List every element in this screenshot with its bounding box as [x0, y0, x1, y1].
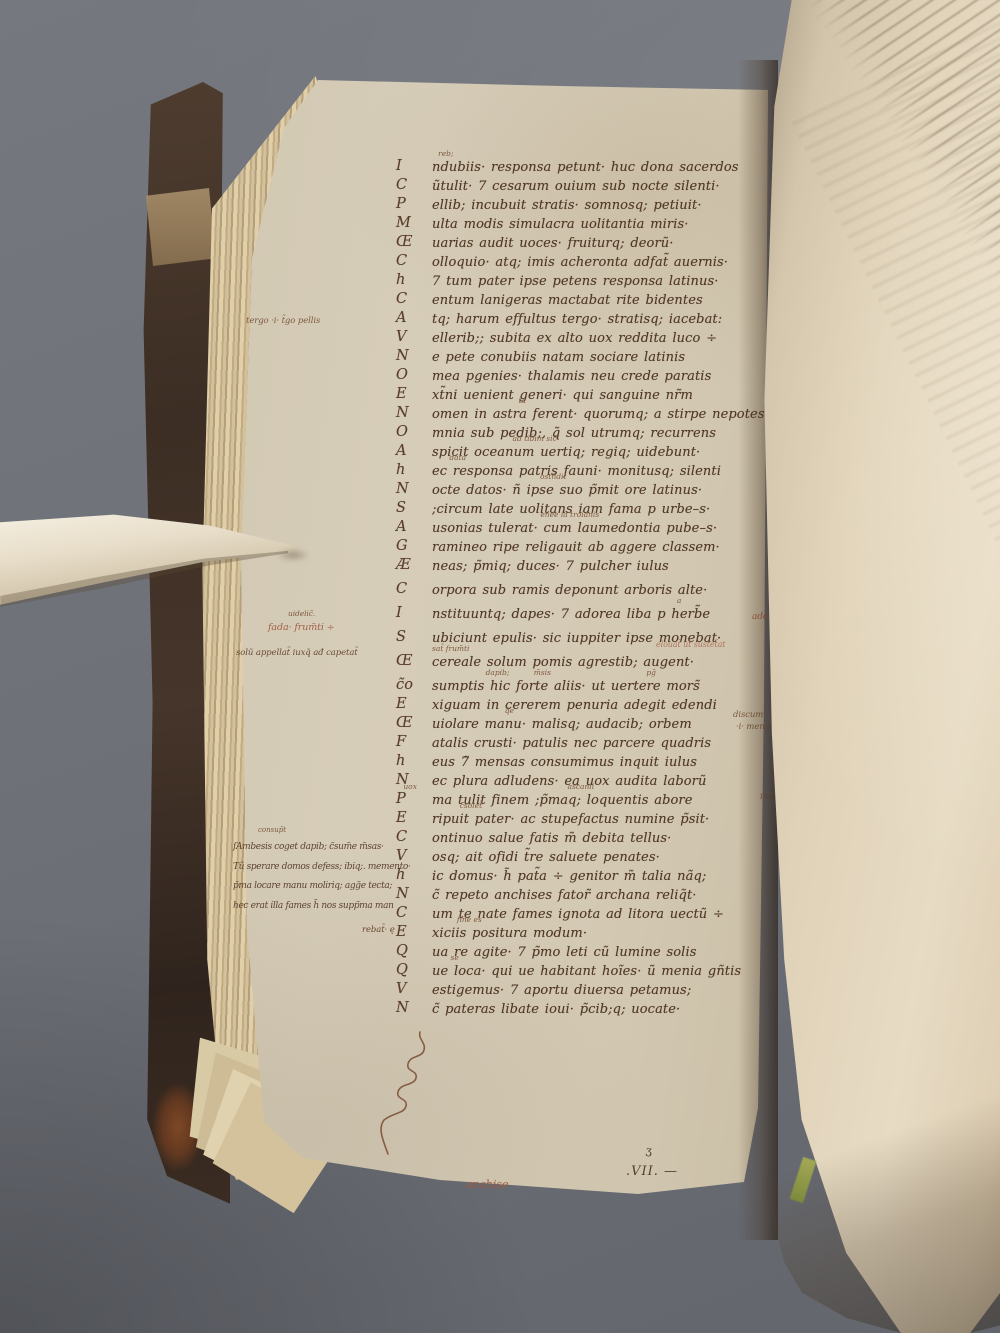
verse-initial: C: [396, 252, 432, 271]
verse-text: xiguam in cererem penuria adegit edendi: [432, 696, 717, 715]
interlinear-gloss: ascanii: [567, 783, 594, 791]
verse-initial: C: [396, 176, 432, 195]
verse-initial: A: [396, 442, 432, 461]
interlinear-gloss: m̃sis: [534, 669, 551, 677]
green-marker-ribbon: [790, 1157, 817, 1203]
verse-text: spicit oceanum uertiq; regiq; uidebunt·a…: [432, 443, 700, 462]
verse-text: ontinuo salue fatis m̃ debita tellus·: [432, 829, 671, 848]
verse-initial: N: [396, 347, 432, 366]
verse-initial: h: [396, 461, 432, 480]
verse-initial: h: [396, 752, 432, 771]
verse-text: ellib; incubuit stratis· somnosq; petiui…: [432, 196, 702, 215]
verse-line: Nc̃ repeto anchises fator̃ archana reliq…: [396, 886, 752, 905]
verse-text: uiolare manu· malisq; audacib; orbemq̃e: [432, 715, 692, 734]
verse-text: ua re agite· 7 p̃mo leti cũ lumine solis: [432, 943, 696, 962]
verse-line: Exiciis positura modum·finẽ es: [396, 924, 752, 943]
verse-line: Eripuit pater· ac stupefactus numine p̃s…: [396, 810, 752, 829]
interlinear-gloss: q̃e: [505, 707, 514, 715]
verse-initial: M: [396, 214, 432, 233]
verse-text: entum lanigeras mactabat rite bidentes: [432, 291, 703, 310]
verse-line: Œcereale solum pomis agrestib; augent·sa…: [396, 653, 752, 672]
verse-text: neas; p̃miq; duces· 7 pulcher iulus: [432, 557, 669, 576]
verse-line: Que loca· qui ue habitant hoĩes· ũ menia…: [396, 962, 752, 981]
verse-line: hic domus· h̃ pat̃a ÷ genitor m̃ talia n…: [396, 867, 752, 886]
insert-verse-line: hec erat illa fames h̃ nos supp̃ma man: [233, 897, 399, 917]
bone-tip-shadow: [276, 548, 310, 562]
verse-initial: O: [396, 423, 432, 442]
verse-initial: N: [396, 480, 432, 499]
verse-initial: Œ: [396, 233, 432, 252]
interlinear-gloss: a: [677, 597, 681, 605]
verse-text: ue loca· qui ue habitant hoĩes· ũ menia …: [432, 962, 741, 981]
insert-verse-block: ſAmbesis coget dapib; c̃sum̃e m̃sas·Tũ s…: [233, 838, 399, 916]
margin-gloss-rebat: rebat̃· ę: [362, 925, 395, 935]
insert-heading: consup̃t: [258, 826, 286, 834]
verse-line: Œuarias audit uoces· fruiturq; deorũ·: [396, 234, 752, 253]
verse-line: Continuo salue fatis m̃ debita tellus·: [396, 829, 752, 848]
verse-line: Ne pete conubiis natam sociare latinis: [396, 348, 752, 367]
verse-line: Gramineo ripe religauit ab aggere classe…: [396, 538, 752, 557]
verse-initial: P: [396, 195, 432, 214]
verse-line: Centum lanigeras mactabat rite bidentes: [396, 291, 752, 310]
verse-line: Œuiolare manu· malisq; audacib; orbemq̃e: [396, 715, 752, 734]
verse-text: orpora sub ramis deponunt arboris alte·: [432, 581, 707, 600]
verse-line: Nc̃ pateras libate ioui· p̃cib;q; uocate…: [396, 1000, 752, 1019]
verse-line: Nomen in astra ferent· quorumq; a stirpe…: [396, 405, 752, 424]
verse-initial: F: [396, 733, 432, 752]
verse-initial: I: [396, 157, 432, 176]
verse-initial: I: [396, 604, 432, 623]
verse-line: Vellerib;; subita ex alto uox reddita lu…: [396, 329, 752, 348]
margin-gloss-solum: solũ appellat̃ iuxq̃ ađ capetat̃: [236, 648, 358, 658]
verse-text: olloquio· atq; imis acheronta adfat̃ aue…: [432, 253, 728, 272]
verse-line: hec responsa patris fauni· monitusq; sil…: [396, 462, 752, 481]
verse-initial: C: [396, 828, 432, 847]
interlinear-gloss: sat̃ frum̃ti: [432, 645, 469, 653]
verse-initial: A: [396, 309, 432, 328]
interlinear-gloss: ta: [518, 397, 526, 405]
verse-initial: N: [396, 885, 432, 904]
verse-text: nstituuntq; dapes· 7 adorea liba p herb̃…: [432, 605, 710, 624]
interlinear-gloss: se: [451, 954, 459, 962]
insert-verse-line: Tũ sperare domos defess; ibiq;. memento·: [233, 858, 399, 878]
verse-line: c̃osumptis hic forte aliis· ut uertere m…: [396, 677, 752, 696]
pen-flourish-icon: [360, 1028, 440, 1158]
verse-initial: O: [396, 366, 432, 385]
verse-text: sumptis hic forte aliis· ut uertere mors…: [432, 677, 700, 696]
verse-text: ellerib;; subita ex alto uox reddita luc…: [432, 329, 717, 348]
verse-line: Æneas; p̃miq; duces· 7 pulcher iulus: [396, 557, 752, 576]
verse-initial: S: [396, 628, 432, 647]
verse-initial: E: [396, 809, 432, 828]
manuscript-photo: Indubiis· responsa petunt· huc dona sace…: [0, 0, 1000, 1333]
verse-line: Pma tulit finem ;p̃maq; loquentis aboreu…: [396, 791, 752, 810]
right-page-showthrough-text: [790, 0, 1000, 929]
verse-text: tq; harum effultus tergo· stratisq; iace…: [432, 310, 722, 329]
verse-line: Fatalis crusti· patulis nec parcere quad…: [396, 734, 752, 753]
quire-signature: .VII. —: [626, 1164, 678, 1179]
verse-initial: V: [396, 328, 432, 347]
verse-line: Vosq; ait ofidi t̃re saluete penates·: [396, 848, 752, 867]
verse-text: ramineo ripe religauit ab aggere classem…: [432, 538, 720, 557]
catchword: anchise: [466, 1178, 509, 1191]
verse-text: c̃ pateras libate ioui· p̃cib;q; uocate·: [432, 1000, 680, 1019]
leather-worn-patch: [146, 188, 216, 266]
verse-text: omen in astra ferent· quorumq; a stirpe …: [432, 405, 765, 424]
verse-line: Exiguam in cererem penuria adegit edendi: [396, 696, 752, 715]
verse-line: Vestigemus· 7 aportu diuersa petamus;: [396, 981, 752, 1000]
interlinear-gloss: enee iã troianis: [540, 511, 599, 519]
interlinear-gloss: pg̃: [646, 669, 656, 677]
verse-text: mnia sub pedib;, q̃ sol utrumq; recurren…: [432, 424, 716, 443]
verse-initial: A: [396, 518, 432, 537]
verse-text: ulta modis simulacra uolitantia miris·: [432, 215, 688, 234]
verse-line: Indubiis· responsa petunt· huc dona sace…: [396, 158, 752, 177]
verse-initial: E: [396, 385, 432, 404]
verse-line: Qua re agite· 7 p̃mo leti cũ lumine soli…: [396, 943, 752, 962]
margin-gloss-videlicet: uidelic̃.: [288, 609, 315, 619]
verse-initial: Œ: [396, 714, 432, 733]
right-page-text-clip: [752, 0, 1000, 1333]
margin-gloss-fada: fada· frum̃ti ÷: [268, 623, 335, 633]
verse-line: Nocte datos· ñ ipse suo p̃mit ore latinu…: [396, 481, 752, 500]
margin-gloss-tergo: tergo ·i· t̃go pellis: [246, 316, 320, 326]
verse-text: estigemus· 7 aportu diuersa petamus;: [432, 981, 691, 1000]
verse-initial: c̃o: [396, 676, 432, 695]
interlinear-gloss: finẽ es: [457, 916, 482, 924]
verse-text: mea pgenies· thalamis neu crede paratis: [432, 367, 711, 386]
verse-text: 7 tum pater ipse petens responsa latinus…: [432, 272, 718, 291]
verse-initial: V: [396, 980, 432, 999]
verse-initial: E: [396, 695, 432, 714]
verse-line: Ext̃ni uenient generi· qui sanguine nr̃m: [396, 386, 752, 405]
verse-text: c̃ repeto anchises fator̃ archana reliq̃…: [432, 886, 697, 905]
verse-text: osq; ait ofidi t̃re saluete penates·: [432, 848, 660, 867]
verse-text: ripuit pater· ac stupefactus numine p̃si…: [432, 810, 709, 829]
verse-initial: Œ: [396, 652, 432, 671]
verse-text: uarias audit uoces· fruiturq; deorũ·: [432, 234, 673, 253]
verse-text: ũtulit· 7 cesarum ouium sub nocte silent…: [432, 177, 720, 196]
interlinear-gloss: data: [449, 454, 466, 462]
verse-line: heus 7̃ mensas consumimus inquit iulus: [396, 753, 752, 772]
verse-line: Ausonias tulerat· cum laumedontia pube–s…: [396, 519, 752, 538]
verse-initial: Q: [396, 942, 432, 961]
verse-text: usonias tulerat· cum laumedontia pube–s·…: [432, 519, 717, 538]
verse-line: Omnia sub pedib;, q̃ sol utrumq; recurre…: [396, 424, 752, 443]
verse-initial: C: [396, 904, 432, 923]
verse-line: Atq; harum effultus tergo· stratisq; iac…: [396, 310, 752, 329]
verse-initial: C: [396, 580, 432, 599]
verse-text: ec responsa patris fauni· monitusq; sile…: [432, 462, 721, 481]
interlinear-gloss: ostñdit: [540, 473, 566, 481]
verse-initial: N: [396, 999, 432, 1018]
interlinear-gloss: uox: [403, 783, 417, 791]
verse-initial: C: [396, 290, 432, 309]
verse-initial: G: [396, 537, 432, 556]
verse-line: Omea pgenies· thalamis neu crede paratis: [396, 367, 752, 386]
interlinear-gloss: reb;: [438, 150, 453, 158]
verse-initial: E: [396, 923, 432, 942]
verse-line: Colloquio· atq; imis acheronta adfat̃ au…: [396, 253, 752, 272]
verse-initial: N: [396, 404, 432, 423]
verse-text: octe datos· ñ ipse suo p̃mit ore latinus…: [432, 481, 702, 500]
verse-initial: Æ: [396, 556, 432, 575]
interlinear-gloss: dapib;: [486, 669, 510, 677]
verse-line: Instituuntq; dapes· 7 adorea liba p herb…: [396, 605, 752, 624]
margin-gloss-elevatur: elouat̃ ut sustet̃at: [656, 640, 725, 650]
text-block: Indubiis· responsa petunt· huc dona sace…: [396, 158, 752, 1019]
verse-line: Cum te nate fames ignota ad litora uectũ…: [396, 905, 752, 924]
verse-initial: S: [396, 499, 432, 518]
verse-line: h7 tum pater ipse petens responsa latinu…: [396, 272, 752, 291]
insert-verse-line: ſAmbesis coget dapib; c̃sum̃e m̃sas·: [233, 838, 399, 858]
interlinear-gloss: c̃solet̃: [460, 802, 482, 810]
verse-line: Pellib; incubuit stratis· somnosq; petiu…: [396, 196, 752, 215]
verse-initial: Q: [396, 961, 432, 980]
verse-text: xt̃ni uenient generi· qui sanguine nr̃m: [432, 386, 693, 405]
verse-text: ndubiis· responsa petunt· huc dona sacer…: [432, 158, 739, 177]
verse-line: Cũtulit· 7 cesarum ouium sub nocte silen…: [396, 177, 752, 196]
verse-text: xiciis positura modum·finẽ es: [432, 924, 587, 943]
insert-verse-line: p̃ma locare manu moliriq; agg̃e tecta;: [233, 877, 399, 897]
verse-line: Multa modis simulacra uolitantia miris·: [396, 215, 752, 234]
verse-initial: h: [396, 271, 432, 290]
verse-text: e pete conubiis natam sociare latinis: [432, 348, 685, 367]
interlinear-gloss: ad tib̃im sic̃: [512, 435, 556, 443]
verse-text: ic domus· h̃ pat̃a ÷ genitor m̃ talia nã…: [432, 867, 706, 886]
verse-initial: P: [396, 790, 432, 809]
verse-text: atalis crusti· patulis nec parcere quadr…: [432, 734, 711, 753]
verse-line: Corpora sub ramis deponunt arboris alte·: [396, 581, 752, 600]
verse-text: eus 7̃ mensas consumimus inquit iulus: [432, 753, 697, 772]
